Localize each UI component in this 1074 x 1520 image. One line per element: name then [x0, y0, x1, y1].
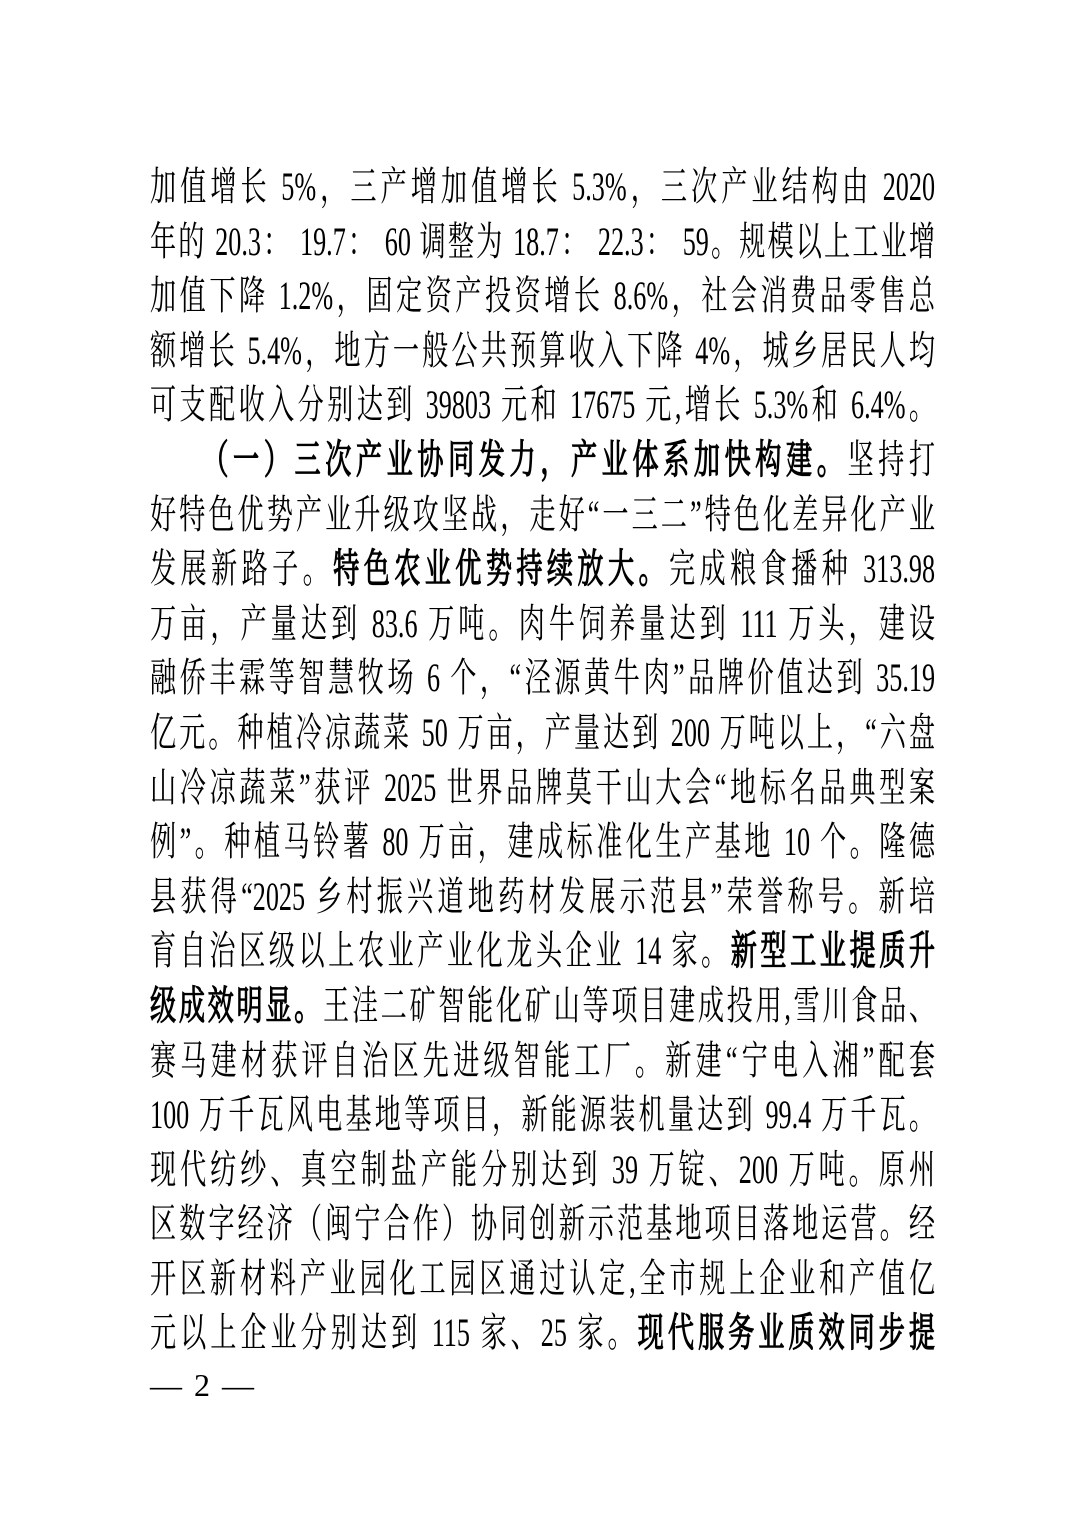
body-text: 加值增长 5%，三产增加值增长 5.3%，三次产业结构由 2020: [150, 164, 935, 209]
body-text: 完成粮食播种 313.98: [669, 546, 935, 591]
emphasis-text: 特色农业优势持续放大。: [333, 546, 669, 591]
emphasis-text: （一）三次产业协同发力，产业体系加快构建。: [202, 437, 847, 482]
body-text: 万亩，产量达到 83.6 万吨。肉牛饲养量达到 111 万头，建设: [150, 601, 935, 646]
body-text: 可支配收入分别达到 39803 元和 17675 元,增长 5.3%和 6.4%…: [150, 382, 935, 427]
body-text: 好特色优势产业升级攻坚战，走好“一三二”特色化差异化产业: [150, 492, 935, 537]
text-line: 加值下降 1.2%，固定资产投资增长 8.6%，社会消费品零售总: [150, 269, 935, 324]
body-text: 加值下降 1.2%，固定资产投资增长 8.6%，社会消费品零售总: [150, 273, 935, 318]
body-text: 发展新路子。: [150, 546, 333, 591]
emphasis-text: 现代服务业质效同步提: [638, 1310, 935, 1355]
text-line: 例”。种植马铃薯 80 万亩，建成标准化生产基地 10 个。隆德: [150, 815, 935, 870]
body-text: 王洼二矿智能化矿山等项目建成投用,雪川食品、: [323, 983, 935, 1028]
page-number: — 2 —: [150, 1365, 256, 1405]
body-text: 亿元。种植冷凉蔬菜 50 万亩，产量达到 200 万吨以上，“六盘: [150, 710, 935, 755]
emphasis-text: 新型工业提质升: [731, 928, 935, 973]
text-line: 区数字经济（闽宁合作）协同创新示范基地项目落地运营。经: [150, 1197, 935, 1252]
body-text: 县获得“2025 乡村振兴道地药材发展示范县”荣誉称号。新培: [150, 874, 935, 919]
report-body-text: 加值增长 5%，三产增加值增长 5.3%，三次产业结构由 2020年的 20.3…: [150, 160, 935, 1361]
text-line: （一）三次产业协同发力，产业体系加快构建。坚持打: [150, 433, 935, 488]
emphasis-text: 级成效明显。: [150, 983, 323, 1028]
text-line: 额增长 5.4%，地方一般公共预算收入下降 4%，城乡居民人均: [150, 324, 935, 379]
text-line: 级成效明显。王洼二矿智能化矿山等项目建成投用,雪川食品、: [150, 979, 935, 1034]
text-line: 赛马建材获评自治区先进级智能工厂。新建“宁电入湘”配套: [150, 1034, 935, 1089]
text-line: 可支配收入分别达到 39803 元和 17675 元,增长 5.3%和 6.4%…: [150, 378, 935, 433]
text-line: 山冷凉蔬菜”获评 2025 世界品牌莫干山大会“地标名品典型案: [150, 761, 935, 816]
body-text: 元以上企业分别达到 115 家、25 家。: [150, 1310, 638, 1355]
text-line: 元以上企业分别达到 115 家、25 家。现代服务业质效同步提: [150, 1306, 935, 1361]
text-line: 发展新路子。特色农业优势持续放大。完成粮食播种 313.98: [150, 542, 935, 597]
text-line: 县获得“2025 乡村振兴道地药材发展示范县”荣誉称号。新培: [150, 870, 935, 925]
text-line: 现代纺纱、真空制盐产能分别达到 39 万锭、200 万吨。原州: [150, 1143, 935, 1198]
text-line: 万亩，产量达到 83.6 万吨。肉牛饲养量达到 111 万头，建设: [150, 597, 935, 652]
body-text: 区数字经济（闽宁合作）协同创新示范基地项目落地运营。经: [150, 1201, 935, 1246]
text-line: 育自治区级以上农业产业化龙头企业 14 家。新型工业提质升: [150, 924, 935, 979]
body-text: 赛马建材获评自治区先进级智能工厂。新建“宁电入湘”配套: [150, 1038, 935, 1083]
body-text: 年的 20.3： 19.7： 60 调整为 18.7： 22.3： 59。规模以…: [150, 219, 935, 264]
body-text: 融侨丰霖等智慧牧场 6 个，“泾源黄牛肉”品牌价值达到 35.19: [150, 655, 935, 700]
text-line: 100 万千瓦风电基地等项目，新能源装机量达到 99.4 万千瓦。: [150, 1088, 935, 1143]
text-line: 好特色优势产业升级攻坚战，走好“一三二”特色化差异化产业: [150, 488, 935, 543]
text-line: 开区新材料产业园化工园区通过认定,全市规上企业和产值亿: [150, 1252, 935, 1307]
body-text: 例”。种植马铃薯 80 万亩，建成标准化生产基地 10 个。隆德: [150, 819, 935, 864]
text-line: 加值增长 5%，三产增加值增长 5.3%，三次产业结构由 2020: [150, 160, 935, 215]
text-line: 年的 20.3： 19.7： 60 调整为 18.7： 22.3： 59。规模以…: [150, 215, 935, 270]
body-text: 额增长 5.4%，地方一般公共预算收入下降 4%，城乡居民人均: [150, 328, 935, 373]
text-line: 融侨丰霖等智慧牧场 6 个，“泾源黄牛肉”品牌价值达到 35.19: [150, 651, 935, 706]
body-text: 育自治区级以上农业产业化龙头企业 14 家。: [150, 928, 731, 973]
body-text: 现代纺纱、真空制盐产能分别达到 39 万锭、200 万吨。原州: [150, 1147, 935, 1192]
body-text: 100 万千瓦风电基地等项目，新能源装机量达到 99.4 万千瓦。: [150, 1092, 935, 1137]
body-text: 坚持打: [847, 437, 935, 482]
document-page: 加值增长 5%，三产增加值增长 5.3%，三次产业结构由 2020年的 20.3…: [0, 0, 1074, 1520]
body-text: 山冷凉蔬菜”获评 2025 世界品牌莫干山大会“地标名品典型案: [150, 765, 935, 810]
body-text: 开区新材料产业园化工园区通过认定,全市规上企业和产值亿: [150, 1256, 935, 1301]
text-line: 亿元。种植冷凉蔬菜 50 万亩，产量达到 200 万吨以上，“六盘: [150, 706, 935, 761]
